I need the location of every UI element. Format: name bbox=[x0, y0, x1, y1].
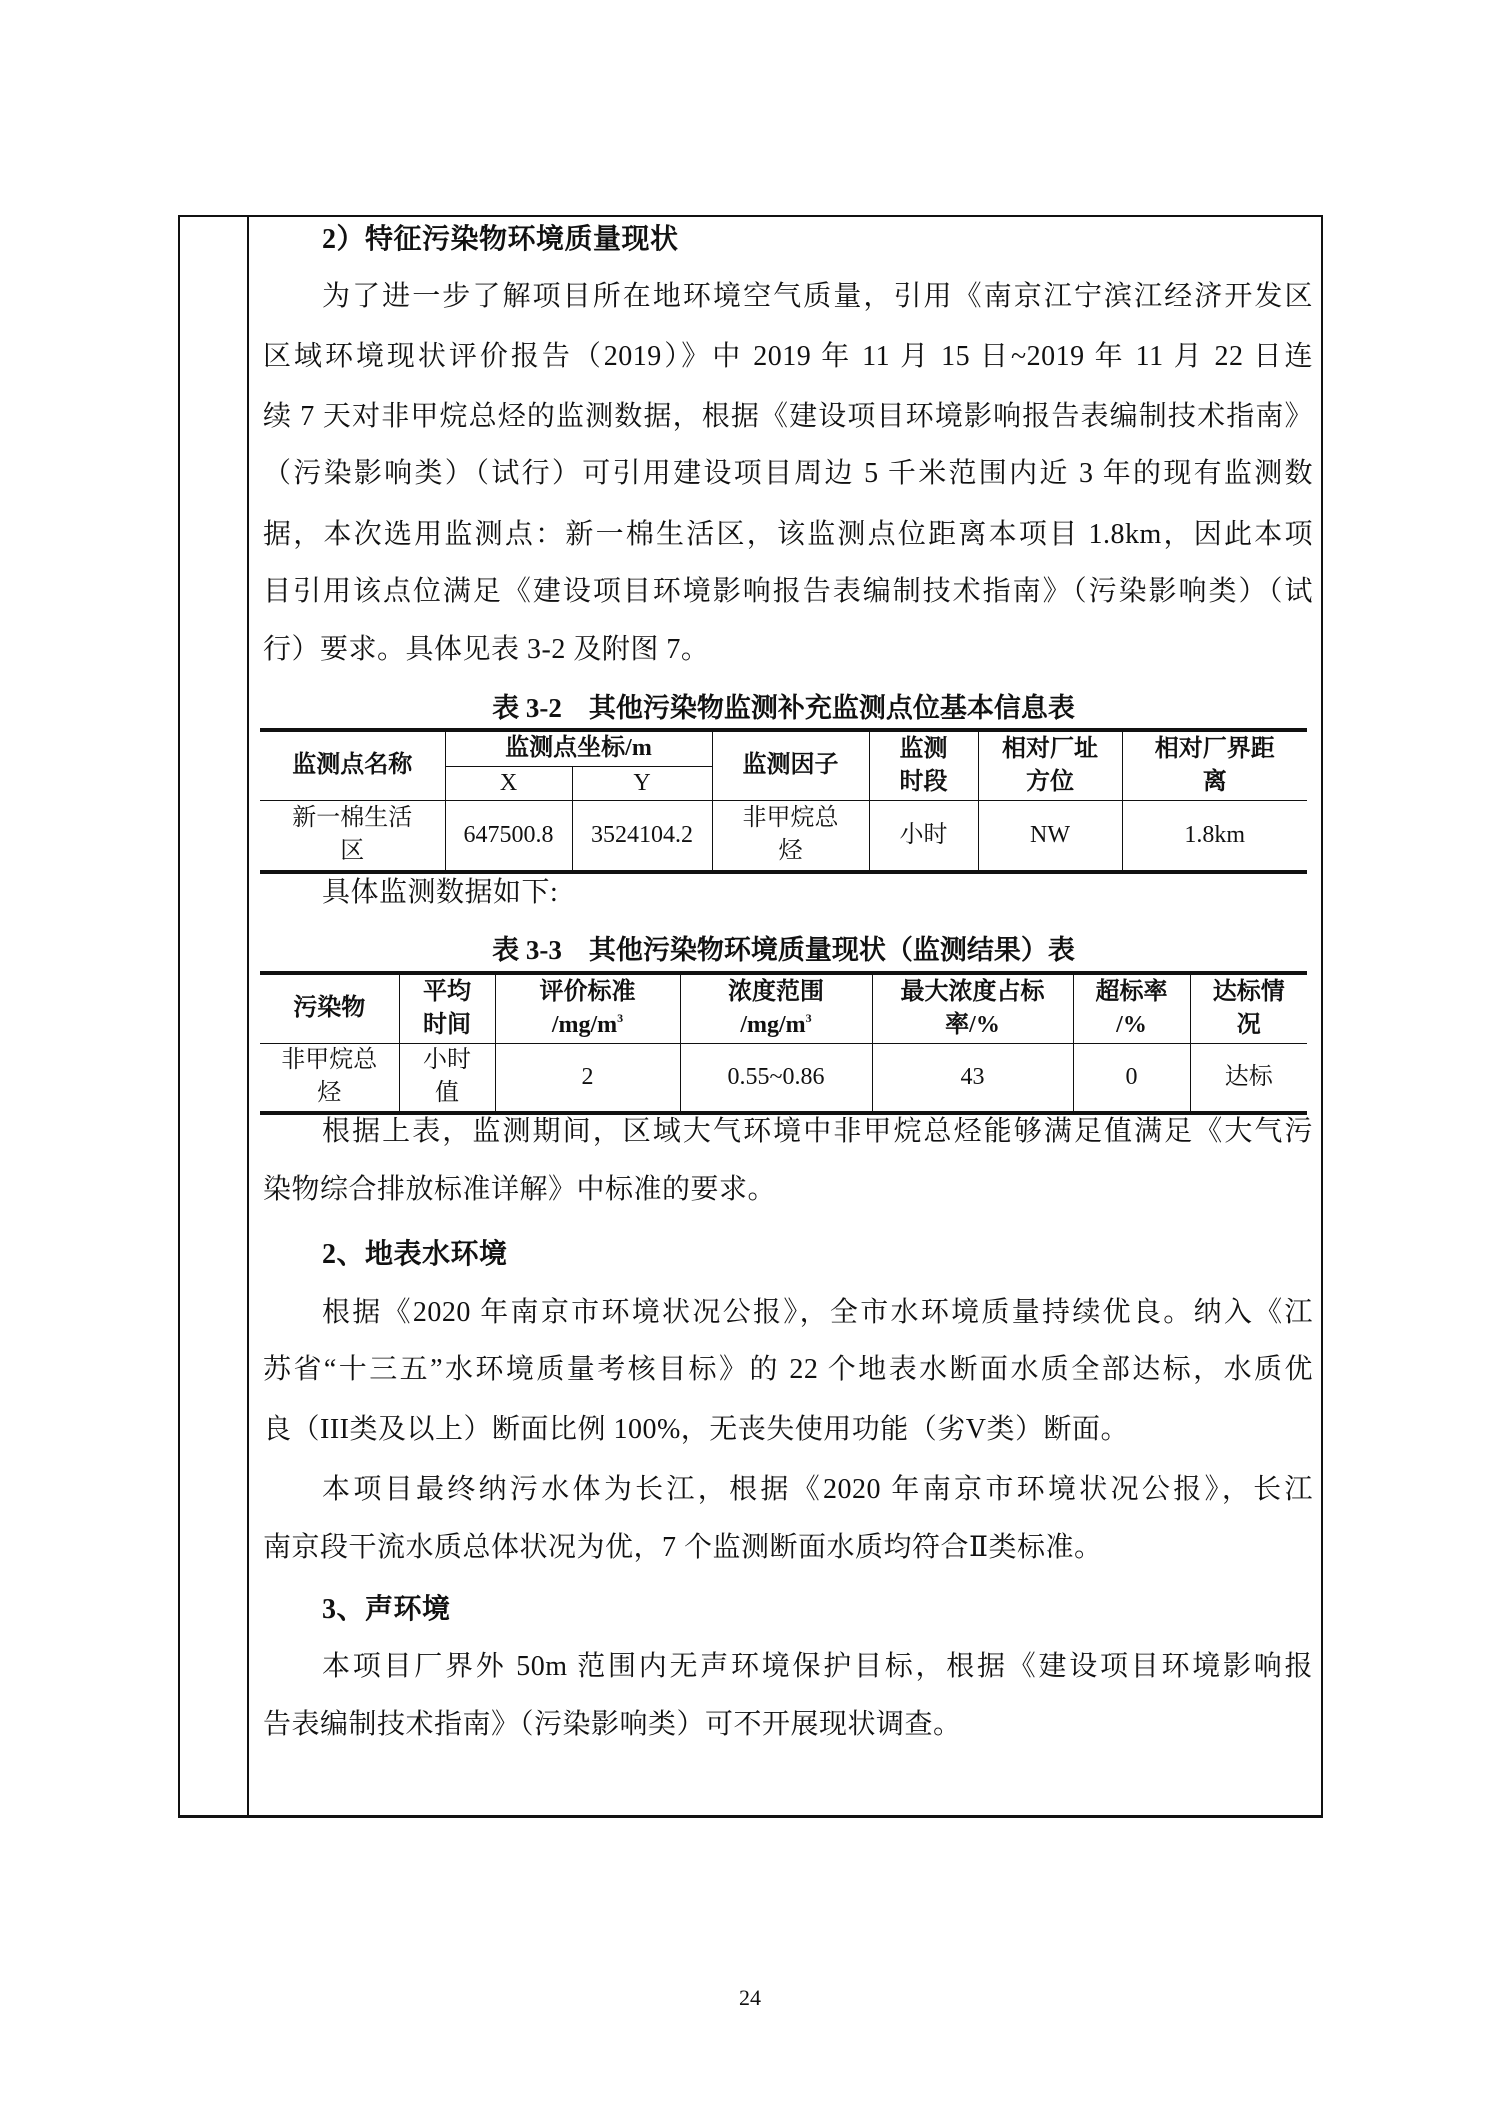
header-status: 达标情况 bbox=[1190, 973, 1307, 1043]
table-3-3-monitoring-results: 污染物 平均时间 评价标准/mg/m3 浓度范围/mg/m3 最大浓度占标率/%… bbox=[260, 971, 1307, 1115]
conclusion-line: 根据上表，监测期间，区域大气环境中非甲烷总烃能够满足值满足《大气污 bbox=[322, 1112, 1313, 1152]
cell-factor: 非甲烷总烃 bbox=[712, 800, 869, 872]
header-range: 浓度范围/mg/m3 bbox=[680, 973, 872, 1043]
cell-range: 0.55~0.86 bbox=[680, 1043, 872, 1113]
cell-y: 3524104.2 bbox=[572, 800, 712, 872]
conclusion-line: 染物综合排放标准详解》中标准的要求。 bbox=[263, 1170, 1313, 1210]
paragraph-line: 行）要求。具体见表 3-2 及附图 7。 bbox=[263, 630, 1313, 670]
header-point-name: 监测点名称 bbox=[260, 730, 445, 800]
paragraph-line: 良（III类及以上）断面比例 100%，无丧失使用功能（劣V类）断面。 bbox=[263, 1410, 1313, 1450]
header-max-ratio: 最大浓度占标率/% bbox=[872, 973, 1073, 1043]
paragraph-line: 目引用该点位满足《建设项目环境影响报告表编制技术指南》（污染影响类）（试 bbox=[263, 572, 1313, 612]
paragraph-line: 南京段干流水质总体状况为优，7 个监测断面水质均符合Ⅱ类标准。 bbox=[263, 1528, 1313, 1568]
header-coordinates: 监测点坐标/m bbox=[445, 730, 712, 766]
cell-max-ratio: 43 bbox=[872, 1043, 1073, 1113]
paragraph-line: 本项目厂界外 50m 范围内无声环境保护目标，根据《建设项目环境影响报 bbox=[322, 1647, 1313, 1687]
frame-divider bbox=[247, 215, 249, 1815]
header-direction: 相对厂址方位 bbox=[978, 730, 1122, 800]
header-factor: 监测因子 bbox=[712, 730, 869, 800]
monitoring-intro-text: 具体监测数据如下: bbox=[322, 873, 1313, 913]
header-period: 监测时段 bbox=[869, 730, 978, 800]
header-distance: 相对厂界距离 bbox=[1122, 730, 1307, 800]
paragraph-line: 根据《2020 年南京市环境状况公报》，全市水环境质量持续优良。纳入《江 bbox=[322, 1293, 1313, 1333]
header-x: X bbox=[445, 766, 572, 800]
header-avg-time: 平均时间 bbox=[399, 973, 495, 1043]
cell-avg-time: 小时值 bbox=[399, 1043, 495, 1113]
section-heading-characteristic-pollutants: 2）特征污染物环境质量现状 bbox=[322, 220, 1372, 260]
section-heading-surface-water: 2、地表水环境 bbox=[322, 1235, 1372, 1275]
table-row: 非甲烷总烃 小时值 2 0.55~0.86 43 0 达标 bbox=[260, 1043, 1307, 1113]
header-exceed-rate: 超标率/% bbox=[1073, 973, 1190, 1043]
table-caption-3-2: 表 3-2 其他污染物监测补充监测点位基本信息表 bbox=[260, 690, 1307, 726]
cell-point-name: 新一棉生活区 bbox=[260, 800, 445, 872]
paragraph-line: （污染影响类）（试行）可引用建设项目周边 5 千米范围内近 3 年的现有监测数 bbox=[263, 454, 1313, 494]
paragraph-line: 为了进一步了解项目所在地环境空气质量，引用《南京江宁滨江经济开发区 bbox=[322, 277, 1313, 317]
cell-exceed-rate: 0 bbox=[1073, 1043, 1190, 1113]
cell-status: 达标 bbox=[1190, 1043, 1307, 1113]
paragraph-line: 据，本次选用监测点：新一棉生活区，该监测点位距离本项目 1.8km，因此本项 bbox=[263, 515, 1313, 555]
table-3-2-monitoring-points: 监测点名称 监测点坐标/m 监测因子 监测时段 相对厂址方位 相对厂界距离 X … bbox=[260, 728, 1307, 874]
header-standard: 评价标准/mg/m3 bbox=[495, 973, 680, 1043]
cell-distance: 1.8km bbox=[1122, 800, 1307, 872]
page-number: 24 bbox=[0, 1985, 1500, 2011]
paragraph-line: 告表编制技术指南》（污染影响类）可不开展现状调查。 bbox=[263, 1705, 1313, 1745]
cell-pollutant: 非甲烷总烃 bbox=[260, 1043, 399, 1113]
paragraph-line: 续 7 天对非甲烷总烃的监测数据，根据《建设项目环境影响报告表编制技术指南》 bbox=[263, 397, 1313, 437]
header-y: Y bbox=[572, 766, 712, 800]
section-heading-noise: 3、声环境 bbox=[322, 1590, 1372, 1630]
cell-direction: NW bbox=[978, 800, 1122, 872]
cell-standard: 2 bbox=[495, 1043, 680, 1113]
cell-x: 647500.8 bbox=[445, 800, 572, 872]
header-pollutant: 污染物 bbox=[260, 973, 399, 1043]
paragraph-line: 区域环境现状评价报告（2019）》中 2019 年 11 月 15 日~2019… bbox=[263, 337, 1313, 377]
table-row: 新一棉生活区 647500.8 3524104.2 非甲烷总烃 小时 NW 1.… bbox=[260, 800, 1307, 872]
table-caption-3-3: 表 3-3 其他污染物环境质量现状（监测结果）表 bbox=[260, 932, 1307, 968]
cell-period: 小时 bbox=[869, 800, 978, 872]
paragraph-line: 本项目最终纳污水体为长江，根据《2020 年南京市环境状况公报》，长江 bbox=[322, 1470, 1313, 1510]
paragraph-line: 苏省“十三五”水环境质量考核目标》的 22 个地表水断面水质全部达标，水质优 bbox=[263, 1350, 1313, 1390]
